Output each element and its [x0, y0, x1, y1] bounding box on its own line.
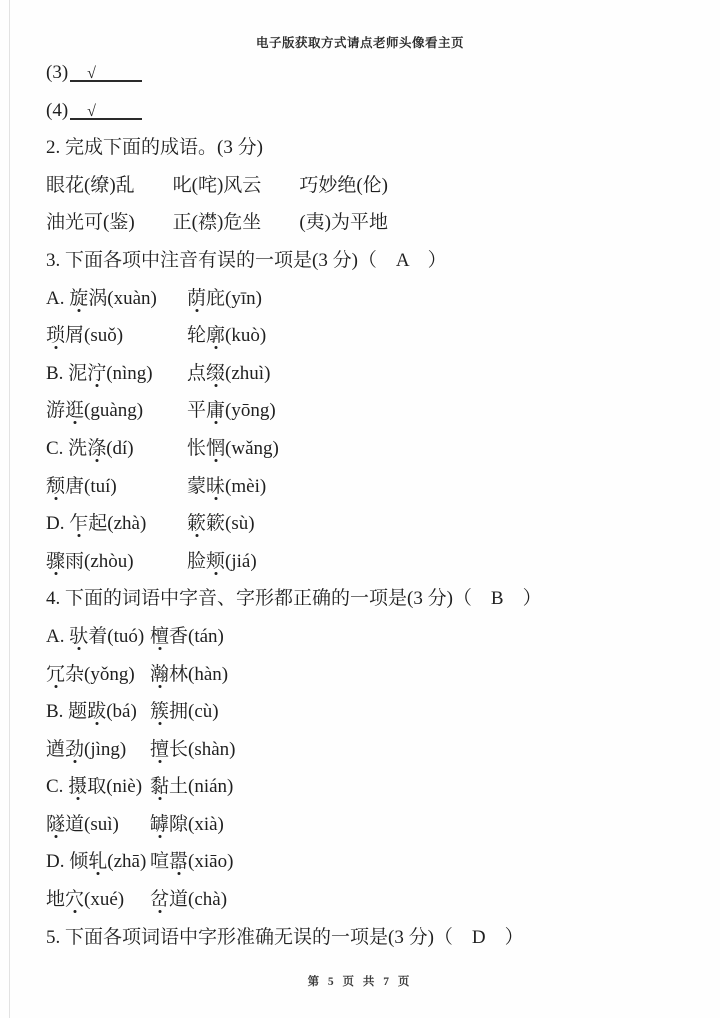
- text-line: 琐屑(suǒ)轮廓(kuò): [46, 325, 696, 346]
- text-line: D. 乍起(zhà)簌簌(sù): [46, 513, 696, 534]
- phrase-cell: 平庸(yōng): [187, 400, 276, 421]
- emphasis-dot-char: 罅: [150, 814, 169, 835]
- emphasis-dot-char: 旋: [69, 288, 88, 309]
- emphasis-dot-char: 涤: [87, 438, 106, 459]
- text-line: 遒劲(jìng)擅长(shàn): [46, 739, 696, 760]
- emphasis-dot-char: 颊: [206, 551, 225, 572]
- answer-blank-line: (4)√: [46, 100, 696, 121]
- emphasis-dot-char: 昧: [206, 476, 225, 497]
- phrase-cell: C. 洗涤(dí): [46, 438, 187, 459]
- emphasis-dot-char: 乍: [69, 513, 88, 534]
- emphasis-dot-char: 琐: [46, 325, 65, 346]
- phrase-cell: (夷)为平地: [299, 212, 388, 233]
- phrase-cell: 罅隙(xià): [150, 814, 224, 835]
- phrase-cell: 点缀(zhuì): [187, 363, 270, 384]
- text-line: B. 泥泞(nìng)点缀(zhuì): [46, 363, 696, 384]
- phrase-cell: 地穴(xué): [46, 889, 150, 910]
- phrase-cell: 怅惘(wǎng): [187, 438, 279, 459]
- text-line: 4. 下面的词语中字音、字形都正确的一项是(3 分)（ B ）: [46, 588, 696, 609]
- emphasis-dot-char: 穴: [65, 889, 84, 910]
- check-mark: √: [87, 101, 96, 122]
- phrase-cell: 冗杂(yǒng): [46, 664, 150, 685]
- phrase-cell: 3. 下面各项中注音有误的一项是(3 分)（ A ）: [46, 250, 447, 271]
- phrase-cell: 5. 下面各项词语中字形准确无误的一项是(3 分)（ D ）: [46, 927, 524, 948]
- text-line: C. 摄取(niè)黏土(nián): [46, 776, 696, 797]
- emphasis-dot-char: 擅: [150, 739, 169, 760]
- phrase-cell: B. 题跋(bá): [46, 701, 150, 722]
- phrase-cell: 轮廓(kuò): [187, 325, 266, 346]
- phrase-cell: B. 泥泞(nìng): [46, 363, 187, 384]
- emphasis-dot-char: 嚣: [169, 851, 188, 872]
- text-line: 颓唐(tuí)蒙昧(mèi): [46, 476, 696, 497]
- page-number-footer: 第 5 页 共 7 页: [0, 973, 720, 989]
- phrase-cell: 瀚林(hàn): [150, 664, 228, 685]
- text-line: 骤雨(zhòu)脸颊(jiá): [46, 551, 696, 572]
- phrase-cell: 叱(咤)风云: [173, 175, 262, 196]
- phrase-cell: 4. 下面的词语中字音、字形都正确的一项是(3 分)（ B ）: [46, 588, 542, 609]
- phrase-cell: 油光可(鉴): [46, 212, 135, 233]
- emphasis-dot-char: 驮: [69, 626, 88, 647]
- emphasis-dot-char: 簌: [187, 513, 206, 534]
- emphasis-dot-char: 摄: [68, 776, 87, 797]
- phrase-cell: 隧道(suì): [46, 814, 150, 835]
- exam-page: 电子版获取方式请点老师头像看主页 (3)√(4)√2. 完成下面的成语。(3 分…: [0, 0, 720, 1018]
- phrase-cell: D. 乍起(zhà): [46, 513, 187, 534]
- emphasis-dot-char: 泞: [87, 363, 106, 384]
- emphasis-dot-char: 庸: [206, 400, 225, 421]
- emphasis-dot-char: 惘: [206, 438, 225, 459]
- emphasis-dot-char: 廓: [206, 325, 225, 346]
- text-line: C. 洗涤(dí)怅惘(wǎng): [46, 438, 696, 459]
- text-line: B. 题跋(bá)簇拥(cù): [46, 701, 696, 722]
- text-line: 隧道(suì)罅隙(xià): [46, 814, 696, 835]
- phrase-cell: 正(襟)危坐: [173, 212, 262, 233]
- phrase-cell: 遒劲(jìng): [46, 739, 150, 760]
- emphasis-dot-char: 荫: [187, 288, 206, 309]
- scan-edge-line: [9, 0, 10, 1018]
- phrase-cell: 檀香(tán): [150, 626, 224, 647]
- emphasis-dot-char: 冗: [46, 664, 65, 685]
- phrase-cell: 黏土(nián): [150, 776, 233, 797]
- phrase-cell: 脸颊(jiá): [187, 551, 257, 572]
- text-line: 3. 下面各项中注音有误的一项是(3 分)（ A ）: [46, 250, 696, 271]
- phrase-cell: 荫庇(yīn): [187, 288, 262, 309]
- emphasis-dot-char: 簇: [150, 701, 169, 722]
- phrase-cell: 眼花(缭)乱: [46, 175, 135, 196]
- phrase-cell: 2. 完成下面的成语。(3 分): [46, 137, 263, 158]
- phrase-cell: 琐屑(suǒ): [46, 325, 187, 346]
- phrase-cell: 蒙昧(mèi): [187, 476, 266, 497]
- emphasis-dot-char: 缀: [206, 363, 225, 384]
- text-line: 游逛(guàng)平庸(yōng): [46, 400, 696, 421]
- answer-item-label: (4): [46, 100, 68, 121]
- header-note: 电子版获取方式请点老师头像看主页: [0, 33, 720, 51]
- exam-content: (3)√(4)√2. 完成下面的成语。(3 分)眼花(缭)乱叱(咤)风云巧妙绝(…: [46, 58, 696, 964]
- answer-item-label: (3): [46, 62, 68, 83]
- emphasis-dot-char: 檀: [150, 626, 169, 647]
- emphasis-dot-char: 跋: [87, 701, 106, 722]
- phrase-cell: 簇拥(cù): [150, 701, 219, 722]
- phrase-cell: 簌簌(sù): [187, 513, 255, 534]
- text-line: 地穴(xué)岔道(chà): [46, 889, 696, 910]
- text-line: A. 旋涡(xuàn)荫庇(yīn): [46, 288, 696, 309]
- emphasis-dot-char: 岔: [150, 889, 169, 910]
- emphasis-dot-char: 轧: [88, 851, 107, 872]
- emphasis-dot-char: 黏: [150, 776, 169, 797]
- text-line: D. 倾轧(zhā)喧嚣(xiāo): [46, 851, 696, 872]
- emphasis-dot-char: 劲: [65, 739, 84, 760]
- phrase-cell: A. 旋涡(xuàn): [46, 288, 187, 309]
- answer-underline: √: [70, 100, 142, 120]
- phrase-cell: D. 倾轧(zhā): [46, 851, 150, 872]
- emphasis-dot-char: 骤: [46, 551, 65, 572]
- text-line: 5. 下面各项词语中字形准确无误的一项是(3 分)（ D ）: [46, 927, 696, 948]
- phrase-cell: 骤雨(zhòu): [46, 551, 187, 572]
- text-line: 2. 完成下面的成语。(3 分): [46, 137, 696, 158]
- emphasis-dot-char: 瀚: [150, 664, 169, 685]
- emphasis-dot-char: 颓: [46, 476, 65, 497]
- text-line: 冗杂(yǒng)瀚林(hàn): [46, 664, 696, 685]
- phrase-cell: 颓唐(tuí): [46, 476, 187, 497]
- phrase-cell: 擅长(shàn): [150, 739, 236, 760]
- text-line: A. 驮着(tuó)檀香(tán): [46, 626, 696, 647]
- text-line: 油光可(鉴)正(襟)危坐(夷)为平地: [46, 212, 696, 233]
- answer-blank-line: (3)√: [46, 62, 696, 83]
- emphasis-dot-char: 逛: [65, 400, 84, 421]
- check-mark: √: [87, 63, 96, 84]
- phrase-cell: 巧妙绝(伦): [299, 175, 388, 196]
- answer-underline: √: [70, 62, 142, 82]
- phrase-cell: C. 摄取(niè): [46, 776, 150, 797]
- phrase-cell: 游逛(guàng): [46, 400, 187, 421]
- phrase-cell: A. 驮着(tuó): [46, 626, 150, 647]
- phrase-cell: 岔道(chà): [150, 889, 227, 910]
- emphasis-dot-char: 隧: [46, 814, 65, 835]
- phrase-cell: 喧嚣(xiāo): [150, 851, 233, 872]
- text-line: 眼花(缭)乱叱(咤)风云巧妙绝(伦): [46, 175, 696, 196]
